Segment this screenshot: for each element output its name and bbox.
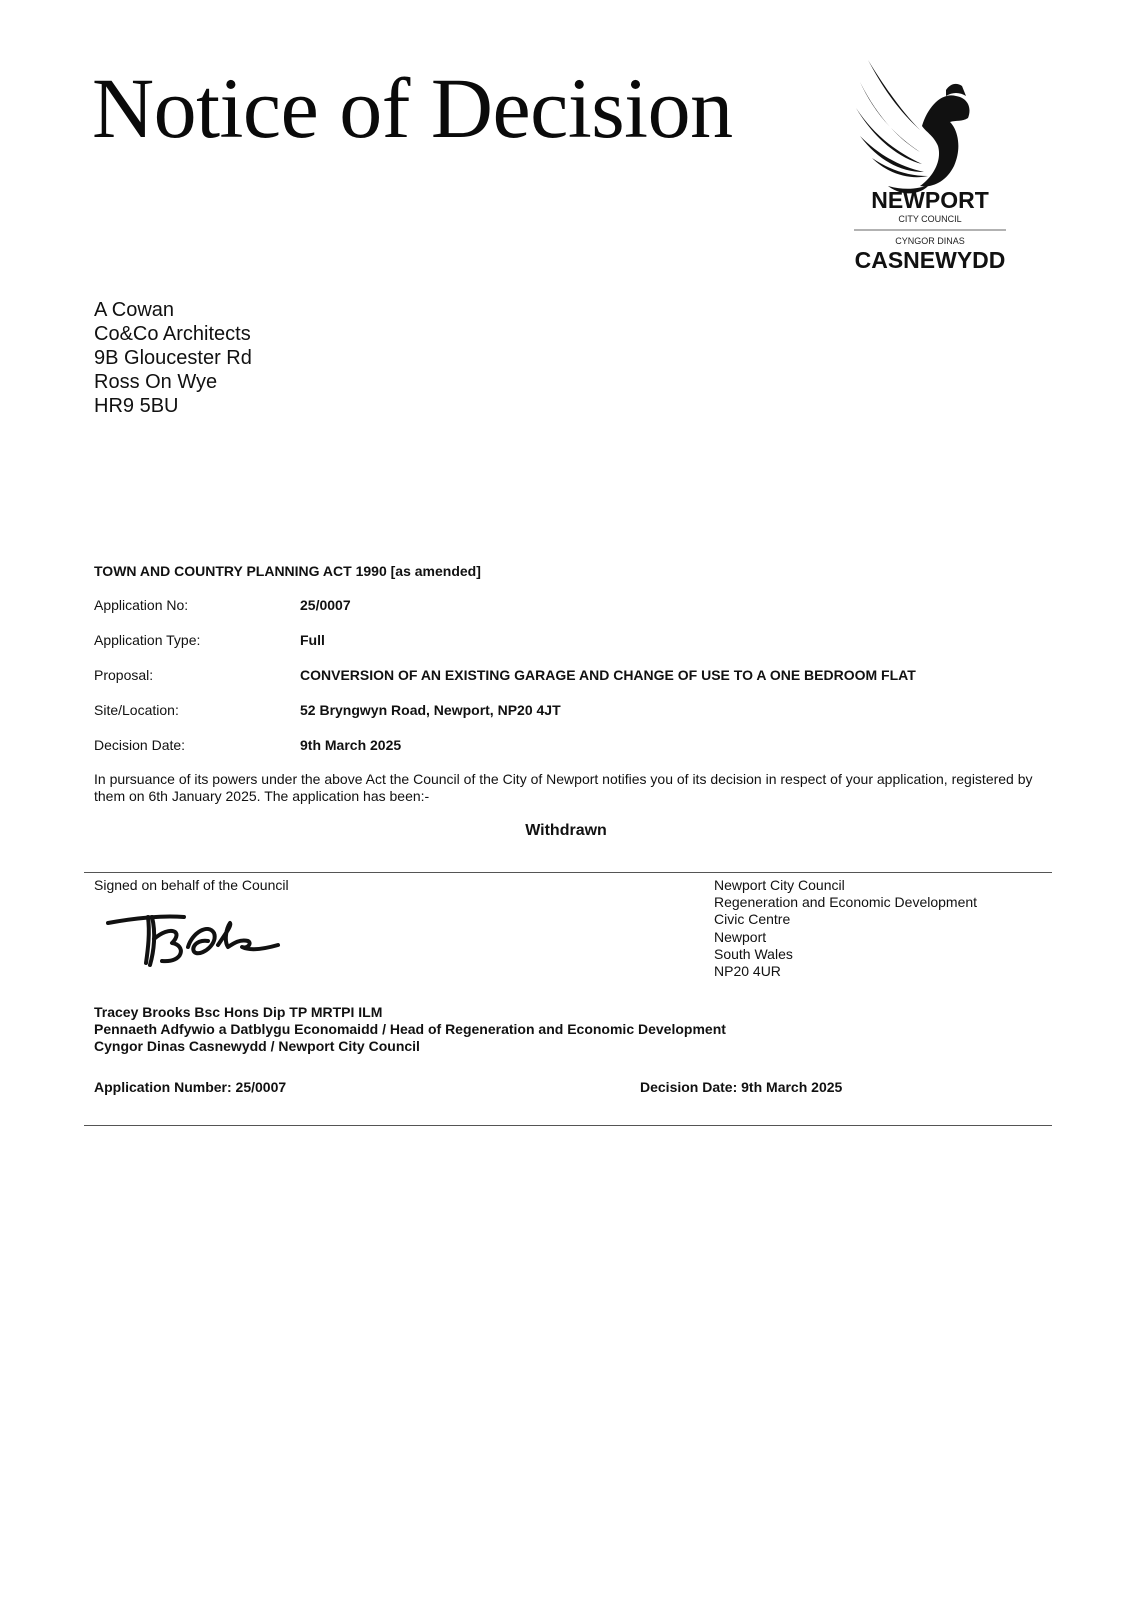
council-address: Newport City Council Regeneration and Ec… — [714, 877, 977, 980]
recipient-postcode: HR9 5BU — [94, 394, 252, 418]
footer-decision-date: Decision Date: 9th March 2025 — [640, 1079, 842, 1095]
signatory-name: Tracey Brooks Bsc Hons Dip TP MRTPI ILM — [94, 1004, 726, 1021]
council-address-line: Newport City Council — [714, 877, 977, 894]
council-address-line: Regeneration and Economic Development — [714, 894, 977, 911]
divider — [84, 872, 1052, 873]
field-application-type: Application Type:Full — [94, 632, 325, 648]
signed-label: Signed on behalf of the Council — [94, 877, 289, 893]
signature-image — [100, 903, 300, 979]
field-application-no: Application No:25/0007 — [94, 597, 351, 613]
field-proposal: Proposal:CONVERSION OF AN EXISTING GARAG… — [94, 667, 916, 683]
svg-text:CITY COUNCIL: CITY COUNCIL — [898, 214, 961, 224]
footer-divider — [84, 1125, 1052, 1126]
newport-city-council-logo: NEWPORT CITY COUNCIL CYNGOR DINAS CASNEW… — [838, 56, 1022, 280]
field-label: Proposal: — [94, 667, 300, 683]
council-address-line: South Wales — [714, 946, 977, 963]
field-site-location: Site/Location:52 Bryngwyn Road, Newport,… — [94, 702, 561, 718]
field-value: 52 Bryngwyn Road, Newport, NP20 4JT — [300, 702, 561, 718]
field-label: Decision Date: — [94, 737, 300, 753]
field-label: Application Type: — [94, 632, 300, 648]
svg-text:NEWPORT: NEWPORT — [871, 187, 989, 213]
signatory-details: Tracey Brooks Bsc Hons Dip TP MRTPI ILM … — [94, 1004, 726, 1055]
field-label: Site/Location: — [94, 702, 300, 718]
decision-outcome: Withdrawn — [0, 822, 1132, 840]
council-address-line: Civic Centre — [714, 911, 977, 928]
footer-application-number: Application Number: 25/0007 — [94, 1079, 286, 1095]
field-value: CONVERSION OF AN EXISTING GARAGE AND CHA… — [300, 667, 916, 683]
recipient-name: A Cowan — [94, 298, 252, 322]
act-heading: TOWN AND COUNTRY PLANNING ACT 1990 [as a… — [94, 563, 481, 579]
council-address-line: Newport — [714, 929, 977, 946]
field-decision-date: Decision Date:9th March 2025 — [94, 737, 401, 753]
signatory-role: Pennaeth Adfywio a Datblygu Economaidd /… — [94, 1021, 726, 1038]
decision-paragraph: In pursuance of its powers under the abo… — [94, 771, 1034, 805]
dragon-icon — [856, 60, 970, 193]
recipient-company: Co&Co Architects — [94, 322, 252, 346]
document-title: Notice of Decision — [92, 58, 733, 158]
svg-text:CASNEWYDD: CASNEWYDD — [855, 247, 1006, 273]
signatory-organisation: Cyngor Dinas Casnewydd / Newport City Co… — [94, 1038, 726, 1055]
field-value: 25/0007 — [300, 597, 351, 613]
recipient-street: 9B Gloucester Rd — [94, 346, 252, 370]
council-address-line: NP20 4UR — [714, 963, 977, 980]
field-label: Application No: — [94, 597, 300, 613]
field-value: Full — [300, 632, 325, 648]
field-value: 9th March 2025 — [300, 737, 401, 753]
recipient-town: Ross On Wye — [94, 370, 252, 394]
recipient-address: A Cowan Co&Co Architects 9B Gloucester R… — [94, 298, 252, 418]
svg-text:CYNGOR DINAS: CYNGOR DINAS — [895, 236, 965, 246]
